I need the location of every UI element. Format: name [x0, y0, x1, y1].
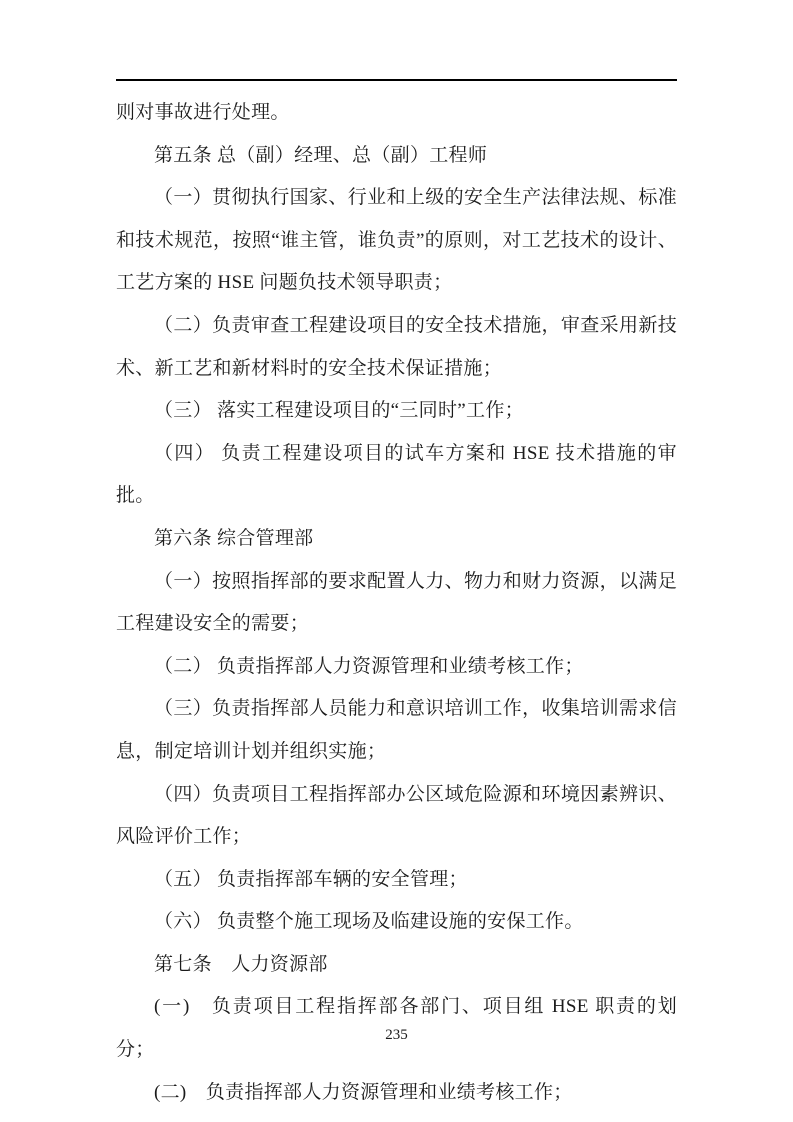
paragraph: （三）负责指挥部人员能力和意识培训工作，收集培训需求信息，制定培训计划并组织实施…	[116, 688, 677, 773]
paragraph: （四） 负责工程建设项目的试车方案和 HSE 技术措施的审批。	[116, 433, 677, 518]
paragraph: 则对事故进行处理。	[116, 92, 677, 135]
paragraph: （二）负责审查工程建设项目的安全技术措施，审查采用新技术、新工艺和新材料时的安全…	[116, 305, 677, 390]
paragraph: （四）负责项目工程指挥部办公区域危险源和环境因素辨识、风险评价工作；	[116, 774, 677, 859]
paragraph: （一）贯彻执行国家、行业和上级的安全生产法律法规、标准和技术规范，按照“谁主管，…	[116, 177, 677, 305]
paragraph: （三） 落实工程建设项目的“三同时”工作；	[116, 390, 677, 433]
paragraph: (二) 负责指挥部人力资源管理和业绩考核工作；	[116, 1072, 677, 1115]
paragraph: 第五条 总（副）经理、总（副）工程师	[116, 135, 677, 178]
paragraph: （二） 负责指挥部人力资源管理和业绩考核工作；	[116, 646, 677, 689]
paragraph: （五） 负责指挥部车辆的安全管理；	[116, 859, 677, 902]
page-number: 235	[0, 1024, 793, 1046]
paragraph: （六） 负责整个施工现场及临建设施的安保工作。	[116, 901, 677, 944]
paragraph: 第六条 综合管理部	[116, 518, 677, 561]
document-page: 则对事故进行处理。第五条 总（副）经理、总（副）工程师（一）贯彻执行国家、行业和…	[0, 0, 793, 1122]
paragraph: 第七条 人力资源部	[116, 944, 677, 987]
header-rule	[116, 79, 677, 81]
paragraph: （一）按照指挥部的要求配置人力、物力和财力资源，以满足工程建设安全的需要；	[116, 561, 677, 646]
text-block: 则对事故进行处理。第五条 总（副）经理、总（副）工程师（一）贯彻执行国家、行业和…	[116, 92, 677, 1114]
